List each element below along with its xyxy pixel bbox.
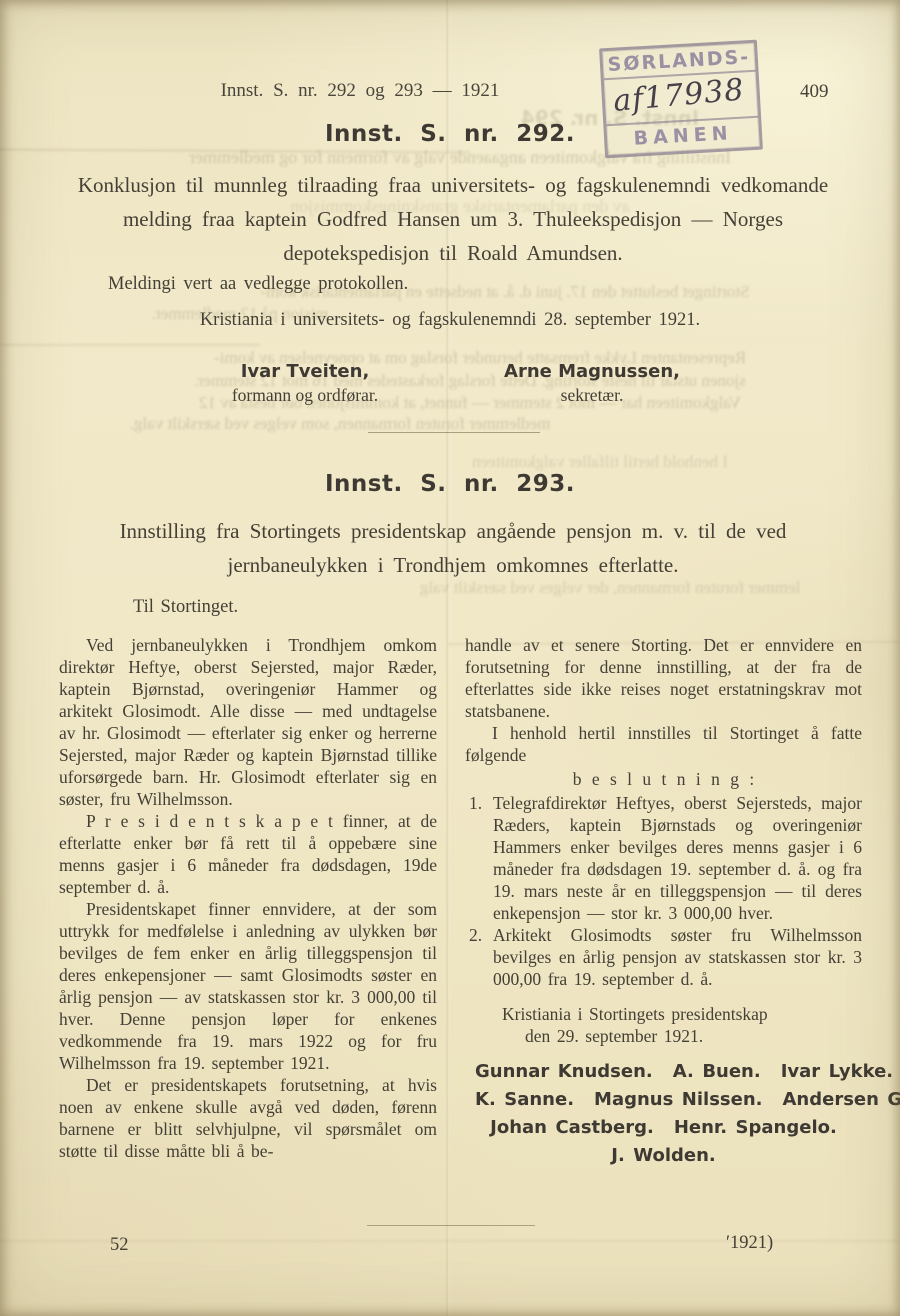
- signatory-name: Gunnar Knudsen.: [475, 1061, 653, 1082]
- decision-item-1: 1. Telegrafdirektør Heftyes, oberst Seje…: [465, 792, 862, 924]
- footer-year-mark: ′1921): [726, 1233, 773, 1254]
- section-293-title: Innst. S. nr. 293.: [0, 471, 900, 497]
- page-number: 409: [800, 81, 829, 103]
- section-292-lead: Konklusjon til munnleg tilraading fraa u…: [70, 168, 836, 270]
- footer-rule: [367, 1225, 535, 1226]
- signature-block-left: Ivar Tveiten, formann og ordførar.: [175, 361, 435, 406]
- section-293-lead: Innstilling fra Stortingets presidentska…: [70, 514, 836, 582]
- item-text: Telegrafdirektør Heftyes, oberst Sejerst…: [493, 792, 862, 924]
- signature-block-right: Arne Magnussen, sekretær.: [462, 361, 722, 406]
- dateline-place: Kristiania i Stortingets presidentskap: [465, 1003, 862, 1025]
- signature-role: formann og ordførar.: [175, 385, 435, 406]
- left-column: Ved jernbaneulykken i Trondhjem omkom di…: [59, 634, 437, 1170]
- paragraph: Det er presidentskapets forutsetning, at…: [59, 1074, 437, 1162]
- dateline-date: den 29. september 1921.: [465, 1025, 862, 1047]
- paragraph: I henhold hertil innstilles til Storting…: [465, 722, 862, 766]
- signatory-name: J. Wolden.: [611, 1145, 716, 1166]
- paragraph: P r e s i d e n t s k a p e t finner, at…: [59, 810, 437, 898]
- salutation: Til Stortinget.: [133, 597, 238, 618]
- signatory-name: Johan Castberg.: [490, 1117, 654, 1138]
- signature-row: Gunnar Knudsen.A. Buen.Ivar Lykke.: [465, 1058, 862, 1086]
- section-292-title: Innst. S. nr. 292.: [0, 121, 900, 147]
- footer-page-number: 52: [110, 1235, 129, 1256]
- presidentskap-signatures: Gunnar Knudsen.A. Buen.Ivar Lykke. K. Sa…: [465, 1058, 862, 1170]
- signature-name: Arne Magnussen,: [462, 361, 722, 382]
- paragraph-continuation: handle av et senere Storting. Det er enn…: [465, 634, 862, 722]
- body-two-columns: Ved jernbaneulykken i Trondhjem omkom di…: [59, 634, 862, 1170]
- item-number: 2.: [465, 924, 493, 990]
- section-292-note: Meldingi vert aa vedlegge protokollen.: [108, 274, 408, 295]
- stamp-handwritten-number: af17938: [598, 71, 761, 120]
- signatory-name: Henr. Spangelo.: [674, 1117, 837, 1138]
- bleedthrough-text: I henhold hertil tilfaller valgkomiteen: [320, 452, 880, 472]
- item-number: 1.: [465, 792, 493, 924]
- signatory-name: A. Buen.: [673, 1061, 761, 1082]
- decision-heading: b e s l u t n i n g :: [465, 768, 862, 790]
- bleedthrough-text: medlemmer foruten formannen, som velges …: [60, 414, 620, 434]
- document-reference: Innst. S. nr. 292 og 293 — 1921: [150, 80, 570, 102]
- paper-crease: [0, 344, 260, 346]
- signature-row: K. Sanne.Magnus Nilssen.Andersen Grimsø.: [465, 1086, 862, 1114]
- signature-name: Ivar Tveiten,: [175, 361, 435, 382]
- right-column: handle av et senere Storting. Det er enn…: [465, 634, 862, 1170]
- paragraph: Ved jernbaneulykken i Trondhjem omkom di…: [59, 634, 437, 810]
- section-divider-rule: [368, 432, 540, 433]
- signatory-name: K. Sanne.: [475, 1089, 574, 1110]
- signature-row: Johan Castberg.Henr. Spangelo.: [465, 1114, 862, 1142]
- stamp-middle-row: af17938: [604, 72, 758, 126]
- signature-row: J. Wolden.: [465, 1142, 862, 1170]
- signature-role: sekretær.: [462, 385, 722, 406]
- signatory-name: Andersen Grimsø.: [783, 1089, 900, 1110]
- item-text: Arkitekt Glosimodts søster fru Wilhelmss…: [493, 924, 862, 990]
- signatory-name: Ivar Lykke.: [781, 1061, 893, 1082]
- scanned-document-page: Innst. S. nr. 294 Innstilling fra valgko…: [0, 0, 900, 1316]
- section-292-dateline: Kristiania i universitets- og fagskulene…: [0, 310, 900, 331]
- signatory-name: Magnus Nilssen.: [594, 1089, 762, 1110]
- paragraph: Presidentskapet finner ennvidere, at der…: [59, 898, 437, 1074]
- decision-item-2: 2. Arkitekt Glosimodts søster fru Wilhel…: [465, 924, 862, 990]
